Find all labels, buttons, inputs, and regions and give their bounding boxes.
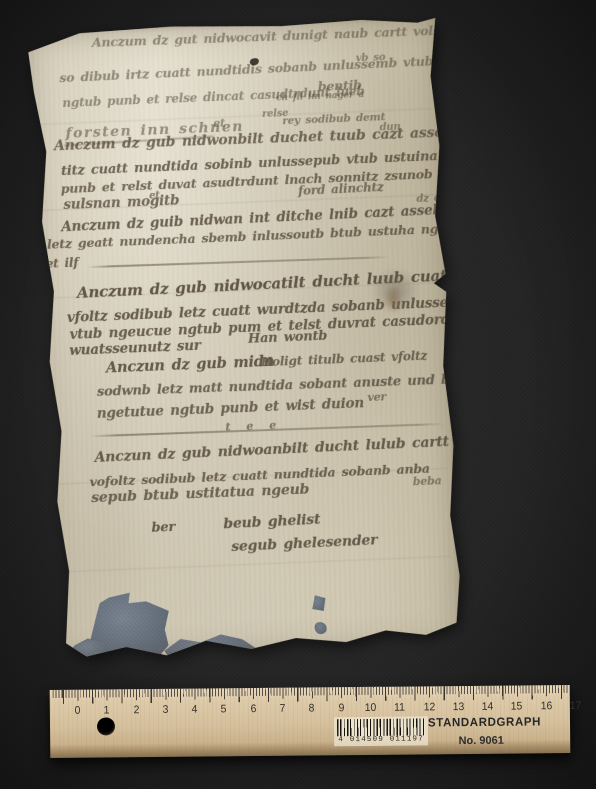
- ruler-cm-number: 15: [503, 700, 531, 712]
- ruler-cm-number: 9: [327, 702, 355, 714]
- ruler-model-label: No. 9061: [428, 734, 534, 747]
- ruler-cm-number: 13: [444, 701, 472, 713]
- ruler-cm-number: 8: [298, 702, 326, 714]
- manuscript-page: Anczum dz gut nidwocavit dunigt naub car…: [21, 16, 462, 664]
- ruler-cm-number: 16: [532, 700, 560, 712]
- ruler-ticks: [53, 690, 63, 698]
- ruler-cm-number: 11: [386, 702, 414, 714]
- ruler-cm-number: 2: [122, 704, 150, 716]
- manuscript-line: so dibub irtz cuatt nundtidis sobanb unl…: [59, 51, 477, 85]
- ink-rule: [87, 256, 389, 268]
- manuscript-marginal-note: et: [213, 117, 225, 130]
- manuscript-line: Anczum dz gut nidwocavit dunigt naub car…: [92, 23, 440, 50]
- slate-stain: [310, 595, 326, 612]
- ruler-cm-number: 10: [357, 702, 385, 714]
- manuscript-marginal-note: beba: [413, 474, 442, 488]
- slate-stain: [348, 636, 401, 658]
- ruler-cm-number: 7: [269, 703, 297, 715]
- ruler-cm-number: 0: [64, 705, 92, 717]
- manuscript-marginal-note: et: [149, 190, 160, 201]
- ruler-cm-number: 3: [151, 704, 179, 716]
- ruler: 01234567891011121314151617 4 014509 0111…: [50, 685, 571, 758]
- ruler-cm-number: 17: [562, 700, 590, 712]
- barcode-bars: [337, 718, 425, 736]
- manuscript-line: sulsnan mogitb: [63, 192, 180, 213]
- manuscript-paper: Anczum dz gut nidwocavit dunigt naub car…: [21, 16, 462, 664]
- ruler-cm-number: 6: [239, 703, 267, 715]
- manuscript-line: et ilf: [46, 256, 79, 271]
- manuscript-marginal-note: ver: [367, 390, 386, 404]
- manuscript-signature: segub ghelesender: [231, 532, 378, 555]
- slate-stain: [314, 622, 326, 634]
- manuscript-line: ngetutue ngtub punb et wist duion: [97, 395, 365, 422]
- manuscript-marginal-note: ford alinchtz: [298, 180, 384, 198]
- ruler-cm-number: 12: [415, 701, 443, 713]
- ruler-barcode: 4 014509 011197: [334, 716, 428, 746]
- manuscript-line: Holigt titulb cuast vfoltz: [261, 349, 428, 370]
- manuscript-line: sodwnb letz matt nundtida sobant anuste …: [97, 372, 474, 400]
- manuscript-signature: ber: [151, 520, 175, 536]
- ruler-cm-number: 1: [93, 704, 121, 716]
- manuscript-marginal-note: Han wontb: [248, 329, 328, 347]
- slate-stain: [432, 637, 459, 653]
- ruler-cm-number: 14: [474, 701, 502, 713]
- ruler-hole: [97, 717, 115, 735]
- paper-crease: [51, 556, 451, 573]
- manuscript-signature: beub ghelist: [223, 512, 321, 533]
- barcode-digits: 4 014509 011197: [334, 735, 428, 744]
- ruler-brand-label: STANDARDGRAPH: [428, 716, 534, 729]
- manuscript-interlinear-note: ch fil im nager a: [276, 90, 364, 104]
- photograph-backdrop: Anczum dz gut nidwocavit dunigt naub car…: [0, 0, 596, 789]
- slate-stain: [164, 632, 257, 664]
- ruler-cm-number: 5: [210, 703, 238, 715]
- ruler-cm-number: 4: [181, 703, 209, 715]
